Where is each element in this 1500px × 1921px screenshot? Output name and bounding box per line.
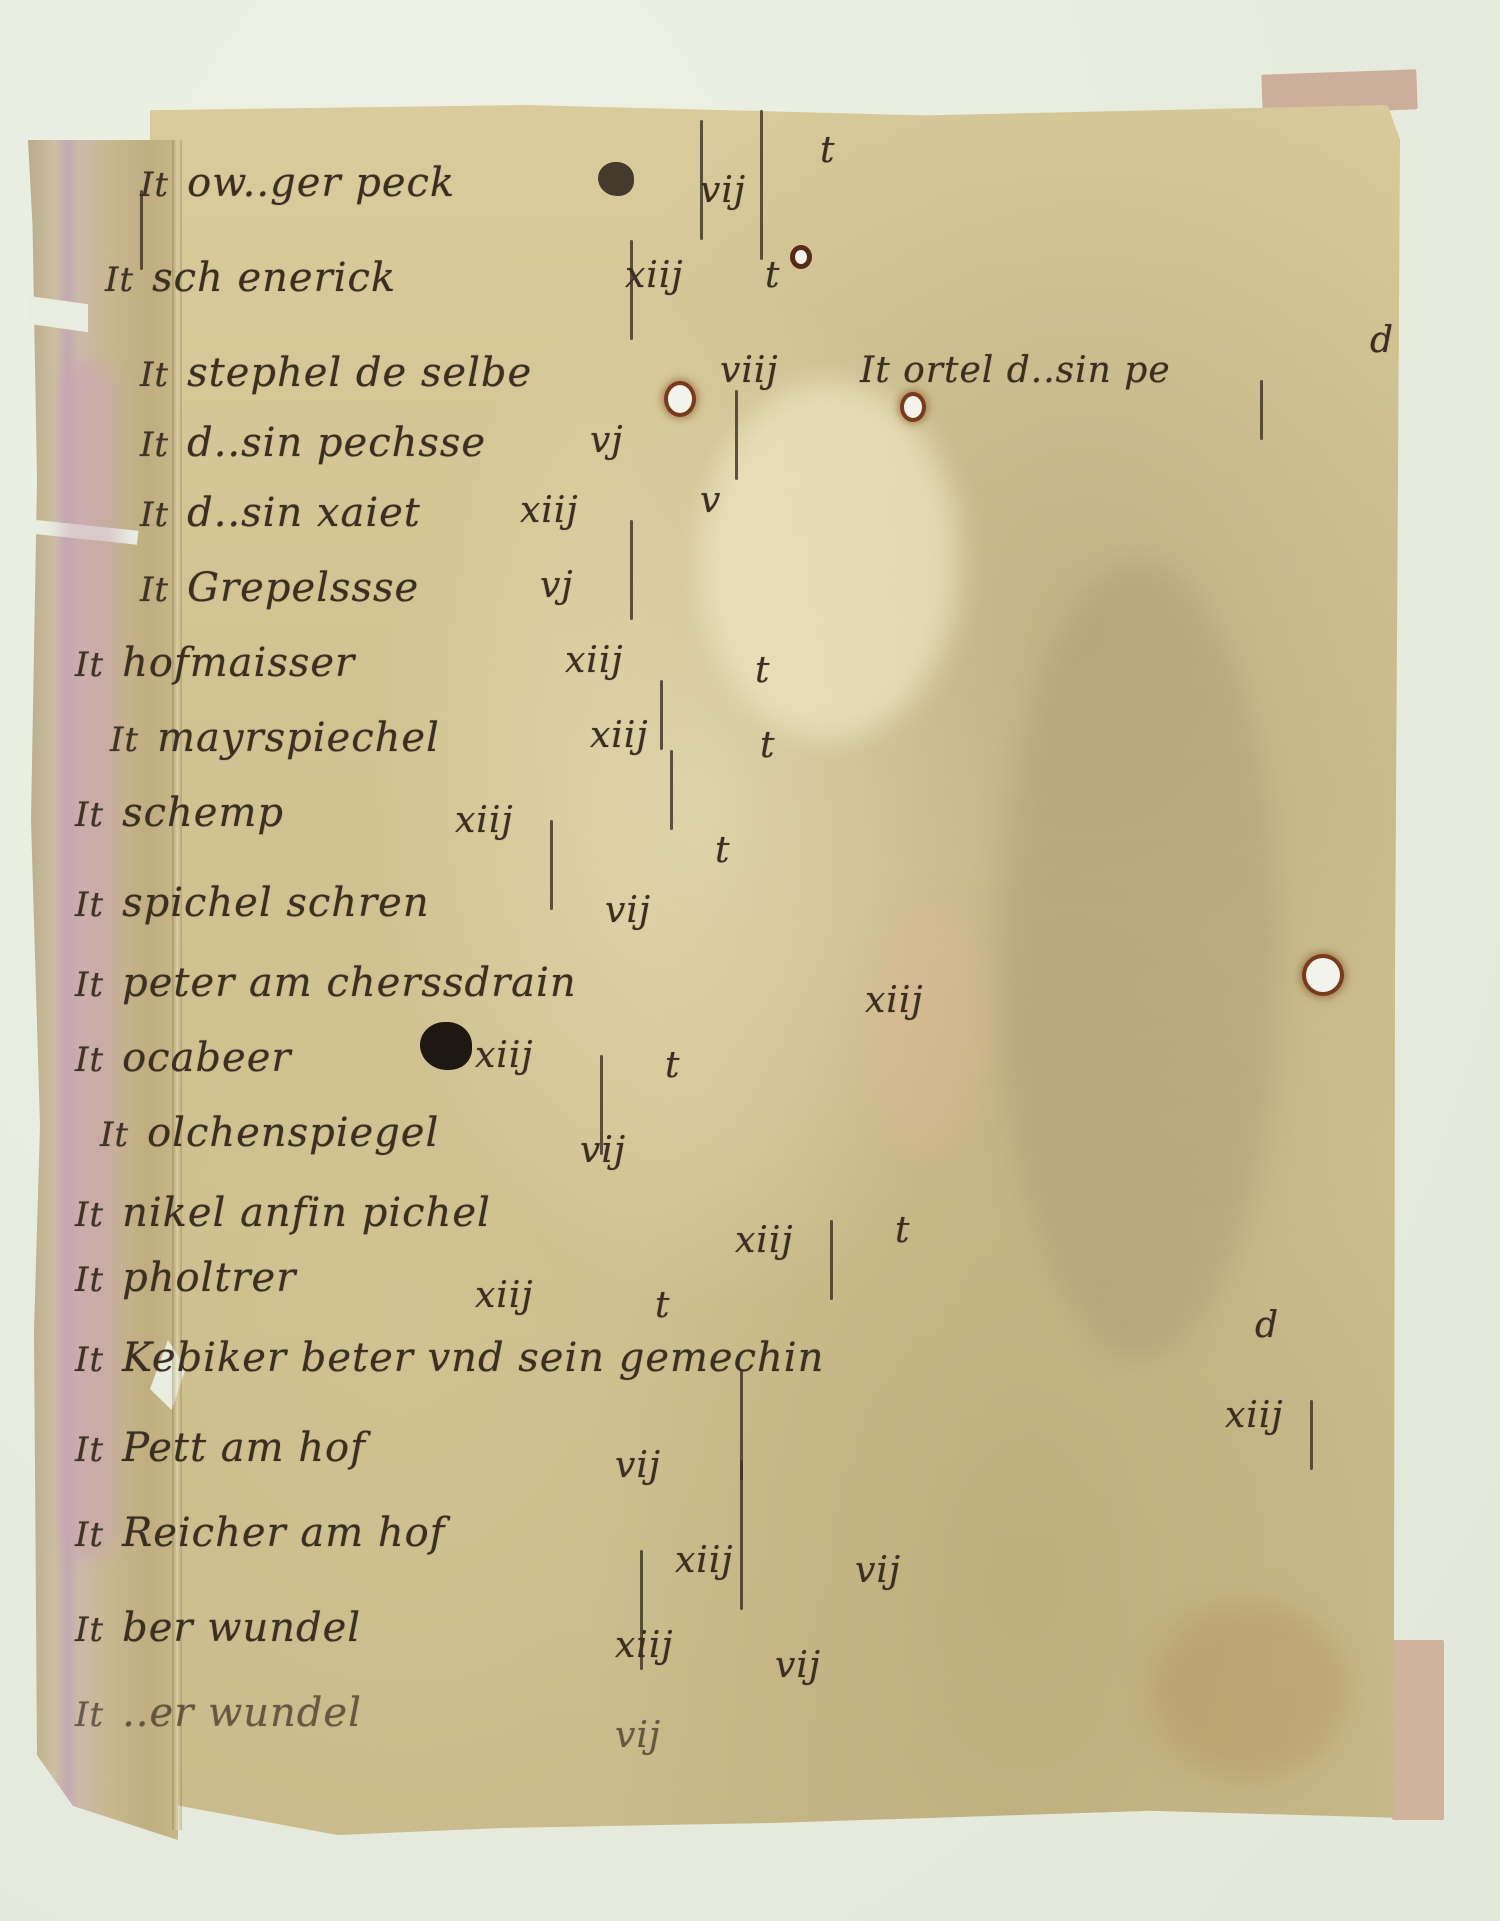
entry-amount: xiij [520,490,579,531]
light-stain [700,380,960,740]
ink-stroke [660,680,663,750]
item-abbrev: It [140,425,169,465]
ink-stroke [735,390,738,480]
entry-line: Itow..ger peck vij t [140,160,455,206]
entry-name: spichel schren [122,880,430,926]
entry-mark: t [755,650,770,691]
entry-amount: viij [720,350,779,391]
entry-amount: xiij [1225,1395,1284,1436]
item-abbrev: It [75,1430,104,1470]
entry-name: olchenspiegel [147,1110,439,1156]
entry-line: Itstephel de selbe viij It ortel d..sin … [140,350,532,396]
item-abbrev: It [140,495,169,535]
mounting-tab-bottom-right [1392,1640,1444,1820]
ink-stroke [700,120,703,240]
item-abbrev: It [75,1695,104,1735]
entry-amount: xiij [865,980,924,1021]
entry-line: Itpeter am cherssdrain xiij [75,960,577,1006]
item-abbrev: It [75,795,104,835]
entry-name: stephel de selbe [187,350,532,396]
entry-mark: vij [855,1550,901,1591]
entry-line: Itd..sin pechsse vj [140,420,486,466]
entry-extra: It ortel d..sin pe [860,350,1171,391]
item-abbrev: It [140,165,169,205]
entry-amount: xiij [565,640,624,681]
entry-mark: t [760,725,775,766]
entry-amount: xiij [615,1625,674,1666]
entry-line: Itolchenspiegel vij [100,1110,439,1156]
entry-line: Itspichel schren vij [75,880,430,926]
entry-mark: t [665,1045,680,1086]
entry-mark: t [895,1210,910,1251]
burn-hole [795,250,807,264]
brown-stain [1150,1600,1350,1780]
item-abbrev: It [75,1040,104,1080]
item-abbrev: It [75,1260,104,1300]
pink-stain [870,900,990,1160]
entry-mark: t [655,1285,670,1326]
ink-stroke [140,190,143,270]
entry-amount: xiij [625,255,684,296]
entry-mark: t [820,130,835,171]
entry-amount: xiij [475,1275,534,1316]
entry-name: ..er wundel [122,1690,362,1736]
entry-amount: xiij [735,1220,794,1261]
entry-name: Grepelssse [187,565,419,611]
entry-amount: vij [580,1130,626,1171]
entry-line: ItKebiker beter vnd sein gemechin xiij d [75,1335,824,1381]
entry-line: Itd..sin xaiet xiij v [140,490,421,536]
item-abbrev: It [110,720,139,760]
entry-name: mayrspiechel [157,715,440,761]
item-abbrev: It [140,355,169,395]
ink-blot [598,162,634,196]
entry-name: peter am cherssdrain [122,960,577,1006]
ink-stroke [760,110,763,260]
entry-name: schemp [122,790,284,836]
entry-name: hofmaisser [122,640,355,686]
entry-mark: d [1370,320,1394,361]
ink-stroke [630,520,633,620]
entry-mark: vij [775,1645,821,1686]
burn-hole [1306,958,1340,992]
entry-name: d..sin xaiet [187,490,421,536]
item-abbrev: It [75,645,104,685]
entry-mark: t [765,255,780,296]
entry-amount: vij [605,890,651,931]
ink-blot [420,1022,472,1070]
ink-stroke [550,820,553,910]
ink-stroke [630,240,633,340]
entry-amount: vj [540,565,574,606]
entry-mark: t [715,830,730,871]
entry-amount: vij [615,1715,661,1756]
burn-hole [904,396,922,418]
entry-amount: vij [615,1445,661,1486]
entry-name: pholtrer [122,1255,296,1301]
ink-stroke [670,750,673,830]
ink-stroke [740,1460,743,1610]
entry-mark: d [1255,1305,1279,1346]
item-abbrev: It [140,570,169,610]
entry-line: Itber wundel xiij vij [75,1605,361,1651]
entry-line: Itpholtrer xiij t [75,1255,296,1301]
item-abbrev: It [105,260,134,300]
entry-name: Pett am hof [122,1425,366,1471]
ink-stroke [830,1220,833,1300]
ink-stroke [1260,380,1263,440]
item-abbrev: It [75,1340,104,1380]
entry-name: nikel anfin pichel [122,1190,491,1236]
entry-line: Itschemp xiij t [75,790,284,836]
entry-amount: vij [700,170,746,211]
entry-name: Reicher am hof [122,1510,445,1556]
item-abbrev: It [75,1195,104,1235]
entry-name: Kebiker beter vnd sein gemechin [122,1335,824,1381]
ink-stroke [1310,1400,1313,1470]
entry-line: Itsch enerick xiij t [105,255,396,301]
water-stain [1000,560,1280,1360]
ink-stroke [600,1055,603,1155]
entry-line: It..er wundel vij [75,1690,362,1736]
burn-hole [668,385,692,413]
entry-amount: xiij [675,1540,734,1581]
item-abbrev: It [75,965,104,1005]
entry-line: ItPett am hof vij [75,1425,366,1471]
entry-line: ItGrepelssse vj [140,565,419,611]
entry-line: Itmayrspiechel xiij t [110,715,440,761]
entry-amount: vj [590,420,624,461]
entry-line: Itocabeer xiij t [75,1035,292,1081]
entry-name: ow..ger peck [187,160,455,206]
entry-name: ocabeer [122,1035,291,1081]
entry-line: Ithofmaisser xiij t [75,640,355,686]
entry-name: ber wundel [122,1605,361,1651]
entry-mark: v [700,480,721,521]
item-abbrev: It [75,1515,104,1555]
item-abbrev: It [100,1115,129,1155]
item-abbrev: It [75,885,104,925]
item-abbrev: It [75,1610,104,1650]
ink-stroke [640,1550,643,1670]
entry-name: sch enerick [152,255,396,301]
entry-line: Itnikel anfin pichel xiij t [75,1190,491,1236]
entry-amount: xiij [475,1035,534,1076]
entry-name: d..sin pechsse [187,420,486,466]
entry-amount: xiij [590,715,649,756]
entry-line: ItReicher am hof xiij vij [75,1510,446,1556]
entry-amount: xiij [455,800,514,841]
